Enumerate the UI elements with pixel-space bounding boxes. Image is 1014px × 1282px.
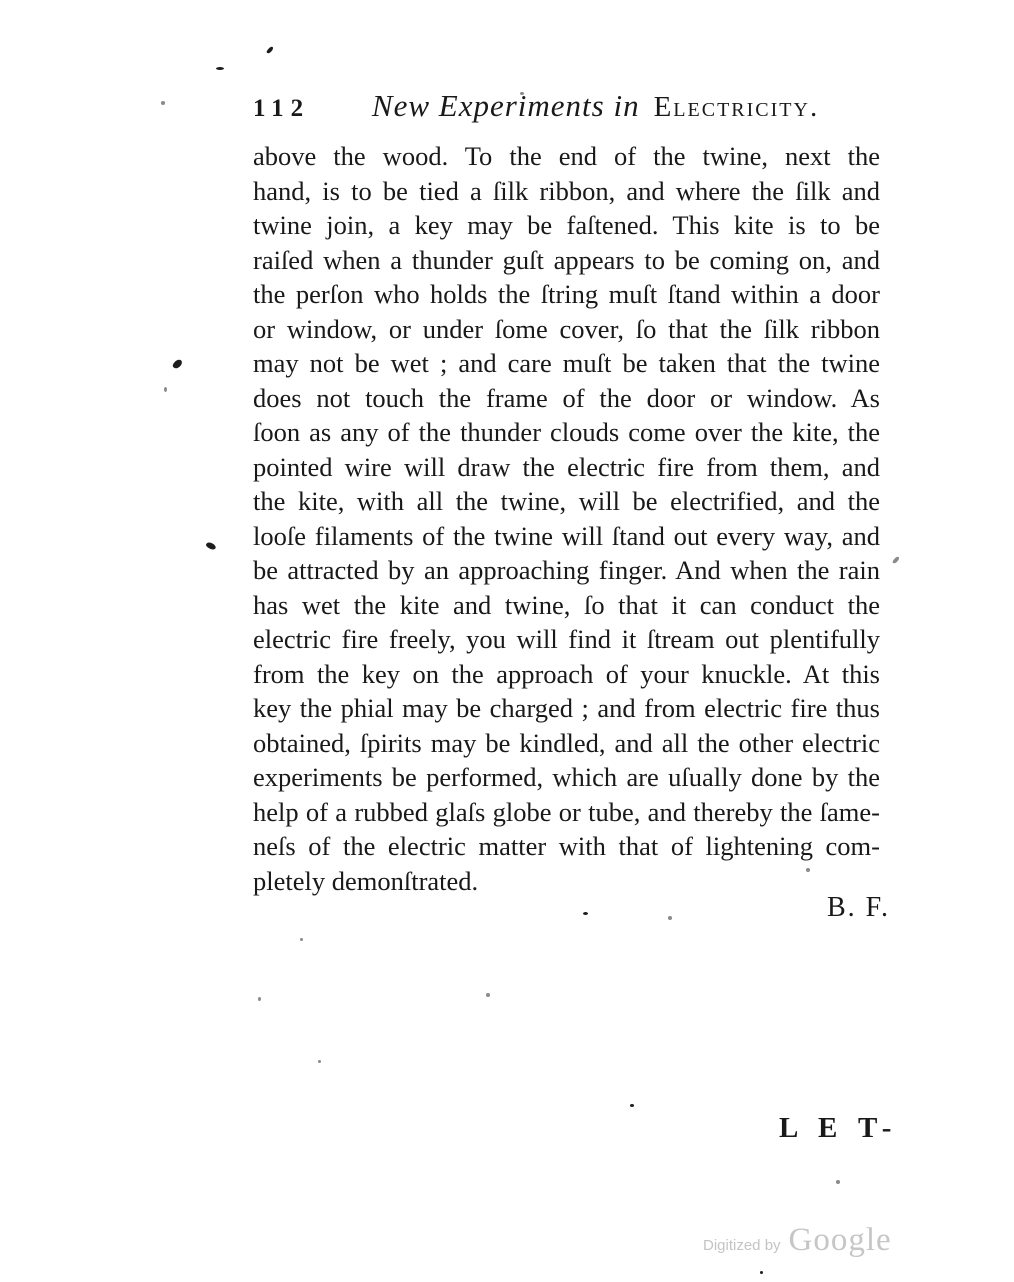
body-text-line: does not touch the frame of the door or … [253, 381, 880, 416]
body-text-line: help of a rubbed glaſs globe or tube, an… [253, 795, 880, 830]
signature: B. F. [827, 892, 890, 924]
book-page: 112 New Experiments in Electricity. abov… [0, 0, 1014, 1282]
ink-speck [318, 1060, 321, 1063]
ink-speck [266, 46, 274, 55]
body-text-line: electric fire freely, you will find it ſ… [253, 622, 880, 657]
body-text-line: hand, is to be tied a ſilk ribbon, and w… [253, 174, 880, 209]
ink-speck [258, 997, 261, 1001]
body-text-line: pletely demonſtrated. [253, 864, 880, 899]
body-text: above the wood. To the end of the twine,… [253, 139, 880, 898]
body-text-line: raiſed when a thunder guſt appears to be… [253, 243, 880, 278]
google-watermark: Digitized by Google [703, 1222, 892, 1259]
body-text-line: twine join, a key may be faſtened. This … [253, 208, 880, 243]
ink-speck [486, 993, 490, 997]
body-text-line: key the phial may be charged ; and from … [253, 691, 880, 726]
ink-speck [892, 556, 900, 565]
page-number: 112 [253, 95, 310, 123]
body-text-line: obtained, ſpirits may be kindled, and al… [253, 726, 880, 761]
ink-speck [583, 912, 588, 915]
body-text-line: looſe filaments of the twine will ſtand … [253, 519, 880, 554]
body-text-line: the kite, with all the twine, will be el… [253, 484, 880, 519]
running-title-italic: New Experiments in [372, 88, 640, 123]
body-text-line: the perſon who holds the ſtring muſt ſta… [253, 277, 880, 312]
ink-speck [164, 387, 167, 392]
page-header: 112 New Experiments in Electricity. [253, 88, 881, 124]
digitized-by-label: Digitized by [703, 1237, 781, 1254]
ink-speck [630, 1104, 634, 1107]
running-title-caps: Electricity. [654, 91, 820, 123]
catchword: L E T- [779, 1112, 898, 1145]
ink-speck [520, 92, 524, 95]
body-text-line: or window, or under ſome cover, ſo that … [253, 312, 880, 347]
body-text-line: neſs of the electric matter with that of… [253, 829, 880, 864]
ink-speck [300, 938, 303, 941]
ink-speck [836, 1180, 840, 1184]
ink-speck [216, 67, 224, 70]
ink-speck [668, 916, 672, 920]
body-text-line: from the key on the approach of your knu… [253, 657, 880, 692]
ink-speck [205, 541, 217, 552]
body-text-line: be attracted by an approaching finger. A… [253, 553, 880, 588]
body-text-line: has wet the kite and twine, ſo that it c… [253, 588, 880, 623]
ink-speck [161, 101, 165, 105]
body-text-line: pointed wire will draw the electric fire… [253, 450, 880, 485]
google-logo: Google [789, 1222, 892, 1259]
body-text-line: ſoon as any of the thunder clouds come o… [253, 415, 880, 450]
running-title: New Experiments in Electricity. [310, 88, 881, 124]
ink-speck [172, 358, 183, 370]
ink-speck [806, 868, 810, 872]
ink-speck [760, 1271, 763, 1274]
body-text-line: experiments be performed, which are uſua… [253, 760, 880, 795]
body-text-line: above the wood. To the end of the twine,… [253, 139, 880, 174]
body-text-line: may not be wet ; and care muſt be taken … [253, 346, 880, 381]
